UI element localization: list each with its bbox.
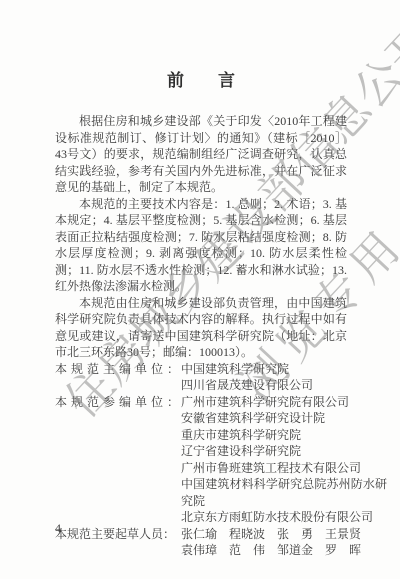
org-unit: 四川省晟茂建设有限公司	[181, 377, 387, 394]
main-editor-units: 中国建筑科学研究院 四川省晟茂建设有限公司	[181, 361, 387, 394]
drafters-block: 本规范主要起草人员： 张仁瑜 程晓波 张 勇 王景贤 袁伟璋 范 伟 邹道金 罗…	[55, 526, 347, 559]
paragraph-administration: 本规范由住房和城乡建设部负责管理，由中国建筑科学研究院负责具体技术内容的解释。执…	[55, 295, 347, 361]
drafter-row: 袁伟璋 范 伟 邹道金 罗 晖	[181, 542, 387, 559]
org-unit: 中国建筑科学研究院	[181, 361, 387, 378]
drafters-names: 张仁瑜 程晓波 张 勇 王景贤 袁伟璋 范 伟 邹道金 罗 晖	[181, 526, 387, 559]
main-editor-block: 本规范主编单位： 中国建筑科学研究院 四川省晟茂建设有限公司	[55, 361, 347, 394]
participant-editor-units: 广州市建筑科学研究院有限公司 安徽省建筑科学研究设计院 重庆市建筑科学研究院 辽…	[181, 394, 387, 526]
drafters-label: 本规范主要起草人员：	[55, 526, 181, 543]
main-editor-label: 本规范主编单位：	[55, 361, 181, 378]
page-content: 前 言 根据住房和城乡建设部《关于印发〈2010年工程建设标准规范制订、修订计划…	[55, 66, 347, 559]
org-unit: 北京东方雨虹防水技术股份有限公司	[181, 509, 387, 526]
org-unit: 安徽省建筑科学研究设计院	[181, 410, 387, 427]
page-title: 前 言	[55, 66, 347, 91]
paragraph-basis: 根据住房和城乡建设部《关于印发〈2010年工程建设标准规范制订、修订计划〉的通知…	[55, 113, 347, 196]
document-page: 住房城乡建设部信息公开 浏览专用 前 言 根据住房和城乡建设部《关于印发〈201…	[0, 0, 400, 579]
org-unit: 中国建筑材料科学研究总院苏州防水研究院	[181, 476, 387, 509]
participant-editor-block: 本规范参编单位： 广州市建筑科学研究院有限公司 安徽省建筑科学研究设计院 重庆市…	[55, 394, 347, 526]
org-unit: 重庆市建筑科学研究院	[181, 427, 387, 444]
org-unit: 广州市建筑科学研究院有限公司	[181, 394, 387, 411]
paragraph-contents: 本规范的主要技术内容是：1. 总则；2. 术语；3. 基本规定；4. 基层平整度…	[55, 196, 347, 295]
org-unit: 广州市鲁班建筑工程技术有限公司	[181, 460, 387, 477]
drafter-row: 张仁瑜 程晓波 张 勇 王景贤	[181, 526, 387, 543]
page-number: 4	[55, 521, 61, 536]
org-unit: 辽宁省建设科学研究院	[181, 443, 387, 460]
participant-editor-label: 本规范参编单位：	[55, 394, 181, 411]
